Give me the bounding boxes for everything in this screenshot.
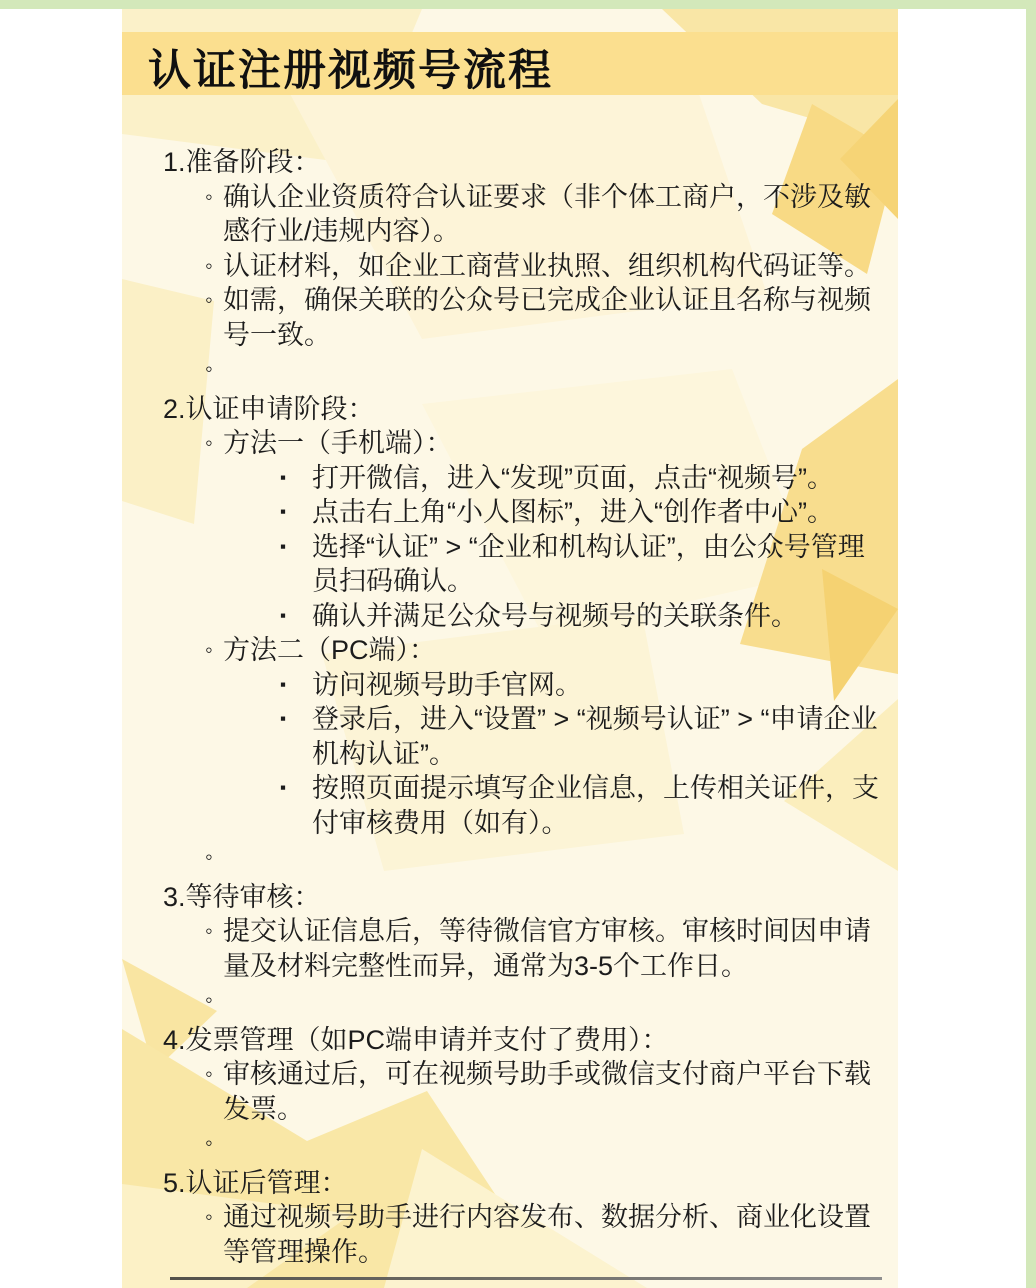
outline-item: ▪按照页面提示填写企业信息，上传相关证件，支付审核费用（如有）。 (163, 771, 885, 840)
frame-top-border (0, 0, 1036, 9)
square-bullet-icon: ▪ (280, 495, 312, 530)
square-bullet-icon: ▪ (280, 461, 312, 496)
outline-item: ▪登录后，进入“设置” > “视频号认证” > “申请企业机构认证”。 (163, 702, 885, 771)
outline-item-empty: ◦ (163, 840, 885, 875)
outline-item: ◦如需，确保关联的公众号已完成企业认证且名称与视频号一致。 (163, 283, 885, 352)
outline-item: ▪选择“认证” > “企业和机构认证”，由公众号管理员扫码确认。 (163, 530, 885, 599)
section-heading: 4.发票管理（如PC端申请并支付了费用）： (163, 1023, 885, 1058)
outline-item: ◦通过视频号助手进行内容发布、数据分析、商业化设置等管理操作。 (163, 1200, 885, 1269)
outline-item: ◦审核通过后，可在视频号助手或微信支付商户平台下载发票。 (163, 1057, 885, 1126)
circle-bullet-icon: ◦ (205, 1200, 223, 1235)
item-text: 认证材料，如企业工商营业执照、组织机构代码证等。 (223, 249, 885, 284)
outline-item: ◦确认企业资质符合认证要求（非个体工商户，不涉及敏感行业/违规内容）。 (163, 180, 885, 249)
square-bullet-icon: ▪ (280, 771, 312, 806)
outline-item: ▪访问视频号助手官网。 (163, 668, 885, 703)
section-heading: 2.认证申请阶段： (163, 392, 885, 427)
circle-bullet-icon: ◦ (205, 840, 223, 875)
outline-item: ▪点击右上角“小人图标”，进入“创作者中心”。 (163, 495, 885, 530)
item-text: 按照页面提示填写企业信息，上传相关证件，支付审核费用（如有）。 (312, 771, 885, 840)
circle-bullet-icon: ◦ (205, 249, 223, 284)
page-title: 认证注册视频号流程 (148, 37, 553, 98)
bottom-divider (170, 1277, 882, 1280)
item-text: 确认企业资质符合认证要求（非个体工商户，不涉及敏感行业/违规内容）。 (223, 180, 885, 249)
item-text: 审核通过后，可在视频号助手或微信支付商户平台下载发票。 (223, 1057, 885, 1126)
circle-bullet-icon: ◦ (205, 352, 223, 387)
outline-item: ▪打开微信，进入“发现”页面，点击“视频号”。 (163, 461, 885, 496)
item-text: 如需，确保关联的公众号已完成企业认证且名称与视频号一致。 (223, 283, 885, 352)
outline-item: ◦认证材料，如企业工商营业执照、组织机构代码证等。 (163, 249, 885, 284)
section-heading: 5.认证后管理： (163, 1166, 885, 1201)
item-text: 打开微信，进入“发现”页面，点击“视频号”。 (312, 461, 885, 496)
title-bar: 认证注册视频号流程 (122, 32, 898, 95)
section-heading: 3.等待审核： (163, 880, 885, 915)
outline-item: ◦方法二（PC端）： (163, 633, 885, 668)
item-text: 确认并满足公众号与视频号的关联条件。 (312, 599, 885, 634)
outline-item: ◦方法一（手机端）： (163, 426, 885, 461)
section-heading: 1.准备阶段： (163, 145, 885, 180)
content-card: 认证注册视频号流程 1.准备阶段：◦确认企业资质符合认证要求（非个体工商户，不涉… (122, 9, 898, 1288)
item-text: 点击右上角“小人图标”，进入“创作者中心”。 (312, 495, 885, 530)
outline-item: ▪确认并满足公众号与视频号的关联条件。 (163, 599, 885, 634)
circle-bullet-icon: ◦ (205, 1057, 223, 1092)
outline-item-empty: ◦ (163, 352, 885, 387)
circle-bullet-icon: ◦ (205, 914, 223, 949)
outline-item-empty: ◦ (163, 983, 885, 1018)
square-bullet-icon: ▪ (280, 702, 312, 737)
item-text: 提交认证信息后，等待微信官方审核。审核时间因申请量及材料完整性而异，通常为3-5… (223, 914, 885, 983)
square-bullet-icon: ▪ (280, 530, 312, 565)
item-text: 方法一（手机端）： (223, 426, 885, 461)
outline-item: ◦提交认证信息后，等待微信官方审核。审核时间因申请量及材料完整性而异，通常为3-… (163, 914, 885, 983)
item-text: 访问视频号助手官网。 (312, 668, 885, 703)
circle-bullet-icon: ◦ (205, 1126, 223, 1161)
item-text: 通过视频号助手进行内容发布、数据分析、商业化设置等管理操作。 (223, 1200, 885, 1269)
circle-bullet-icon: ◦ (205, 180, 223, 215)
item-text: 方法二（PC端）： (223, 633, 885, 668)
circle-bullet-icon: ◦ (205, 426, 223, 461)
item-text: 登录后，进入“设置” > “视频号认证” > “申请企业机构认证”。 (312, 702, 885, 771)
circle-bullet-icon: ◦ (205, 983, 223, 1018)
circle-bullet-icon: ◦ (205, 283, 223, 318)
square-bullet-icon: ▪ (280, 599, 312, 634)
outline-item-empty: ◦ (163, 1126, 885, 1161)
outline-list: 1.准备阶段：◦确认企业资质符合认证要求（非个体工商户，不涉及敏感行业/违规内容… (163, 145, 885, 1269)
item-text: 选择“认证” > “企业和机构认证”，由公众号管理员扫码确认。 (312, 530, 885, 599)
frame-right-border (1026, 0, 1036, 1288)
square-bullet-icon: ▪ (280, 668, 312, 703)
circle-bullet-icon: ◦ (205, 633, 223, 668)
